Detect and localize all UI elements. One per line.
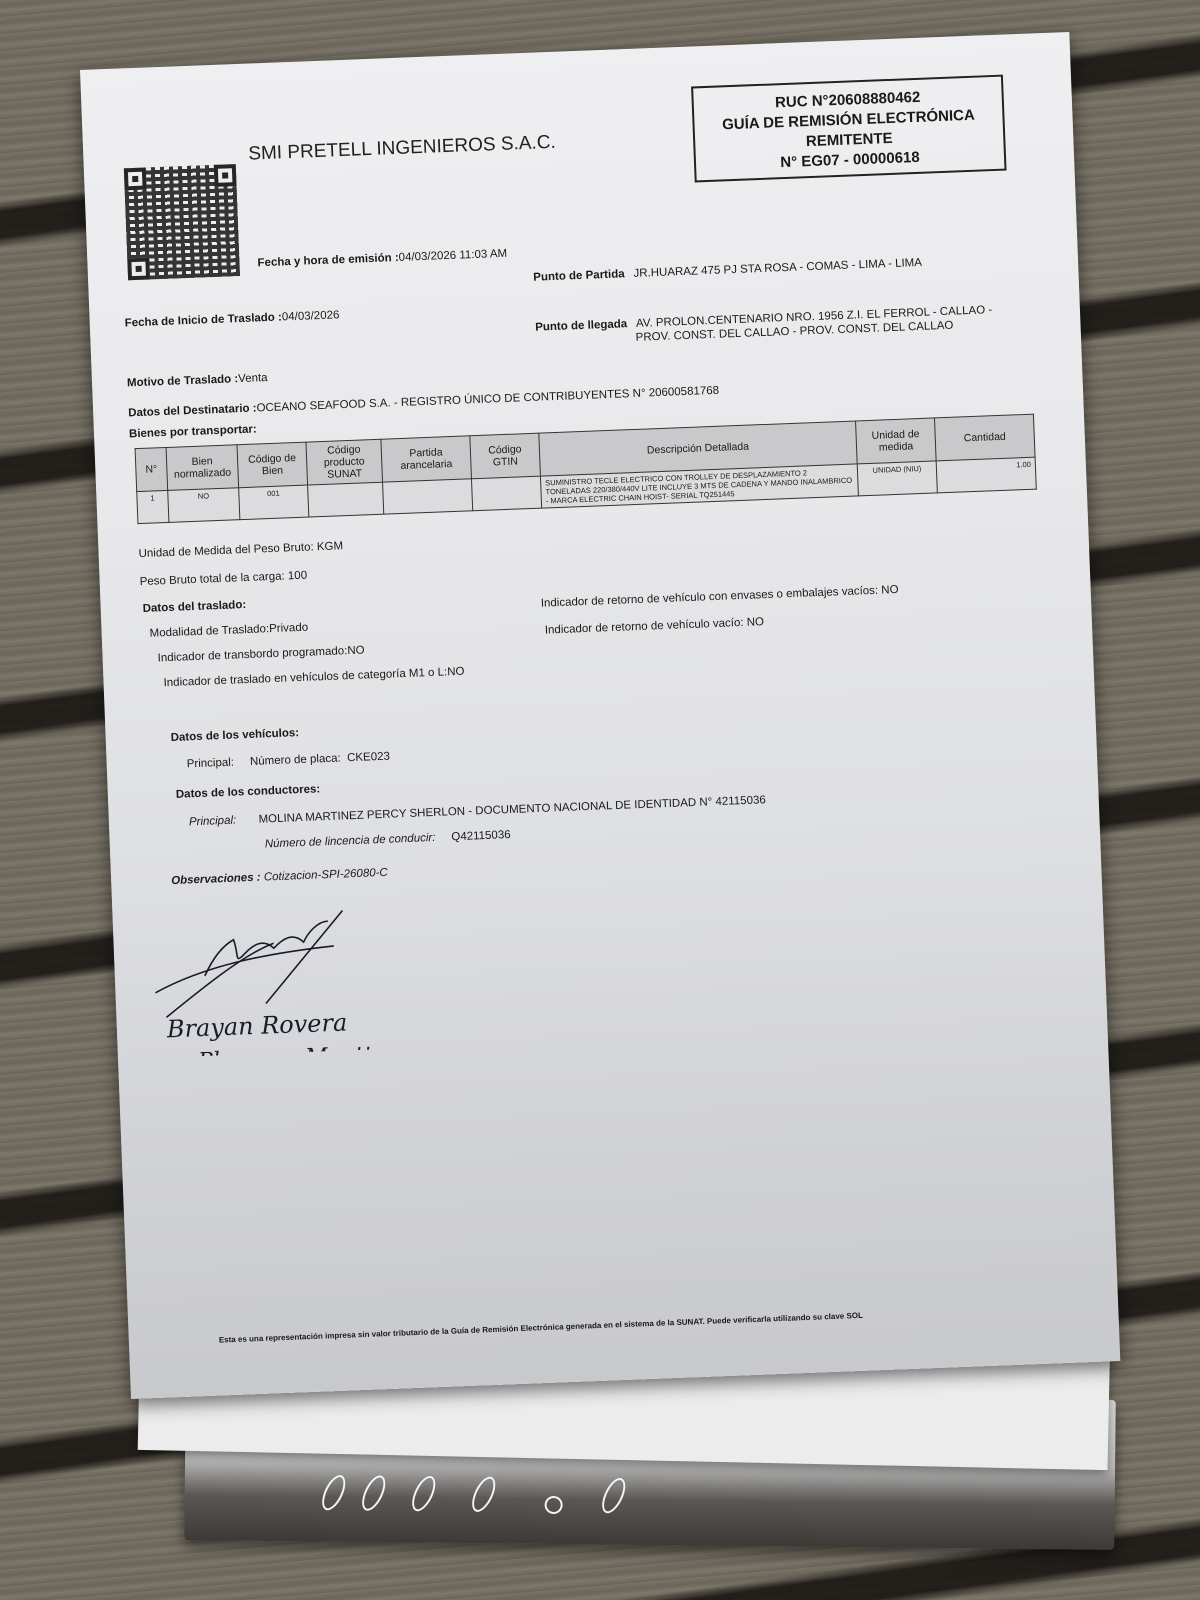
svg-text:Brayan Rovera: Brayan Rovera <box>165 1008 347 1043</box>
return-empty-indicator: Indicador de retorno de vehículo vacío: … <box>545 616 765 636</box>
company-name: SMI PRETELL INGENIEROS S.A.C. <box>248 132 556 166</box>
vehicle-principal: Principal: Número de placa: CKE023 <box>187 751 391 771</box>
vehicles-section-title: Datos de los vehículos: <box>170 727 299 744</box>
legal-footer: Esta es una representación impresa sin v… <box>219 1311 863 1345</box>
transfer-modality: Modalidad de Traslado:Privado <box>149 622 308 640</box>
transfer-reason: Motivo de Traslado :Venta <box>127 368 268 391</box>
gross-weight-total: Peso Bruto total de la carga: 100 <box>139 570 307 588</box>
drivers-section-title: Datos de los conductores: <box>176 783 321 801</box>
document-id-box: RUC N°20608880462 GUÍA DE REMISIÓN ELECT… <box>691 75 1006 183</box>
signature-icon: Brayan Rovera Plammer Mantto. <box>142 888 408 1058</box>
transfer-section-title: Datos del traslado: <box>143 599 247 615</box>
m1-category-indicator: Indicador de traslado en vehículos de ca… <box>163 666 464 690</box>
glare-mark <box>542 1493 566 1517</box>
destination-point: Punto de llegada AV. PROLON.CENTENARIO N… <box>535 300 993 348</box>
qr-code-icon <box>124 164 240 280</box>
glare-mark <box>357 1472 390 1514</box>
glare-mark <box>317 1472 350 1514</box>
goods-section-title: Bienes por transportar: <box>129 423 257 440</box>
emission-datetime: Fecha y hora de emisión :04/03/2026 11:0… <box>257 244 507 272</box>
transfer-start-date: Fecha de Inicio de Traslado :04/03/2026 <box>124 305 339 331</box>
svg-text:Plammer Mantto.: Plammer Mantto. <box>197 1042 393 1058</box>
glare-mark <box>407 1473 440 1515</box>
goods-table: N° Bien normalizado Código de Bien Códig… <box>135 414 1037 524</box>
observations: Observaciones : Cotizacion-SPI-26080-C <box>171 867 388 887</box>
driver-license: Número de lincencia de conducir: Q421150… <box>265 829 511 850</box>
glare-mark <box>597 1475 630 1517</box>
glare-mark <box>467 1473 500 1515</box>
driver-principal: Principal: MOLINA MARTINEZ PERCY SHERLON… <box>189 794 766 828</box>
origin-point: Punto de Partida JR.HUARAZ 475 PJ STA RO… <box>533 253 922 286</box>
gross-weight-unit: Unidad de Medida del Peso Bruto: KGM <box>138 540 343 560</box>
remission-guide-document: SMI PRETELL INGENIEROS S.A.C. RUC N°2060… <box>80 32 1120 1399</box>
return-packaging-indicator: Indicador de retorno de vehículo con env… <box>541 584 899 610</box>
transshipment-indicator: Indicador de transbordo programado:NO <box>157 645 364 665</box>
